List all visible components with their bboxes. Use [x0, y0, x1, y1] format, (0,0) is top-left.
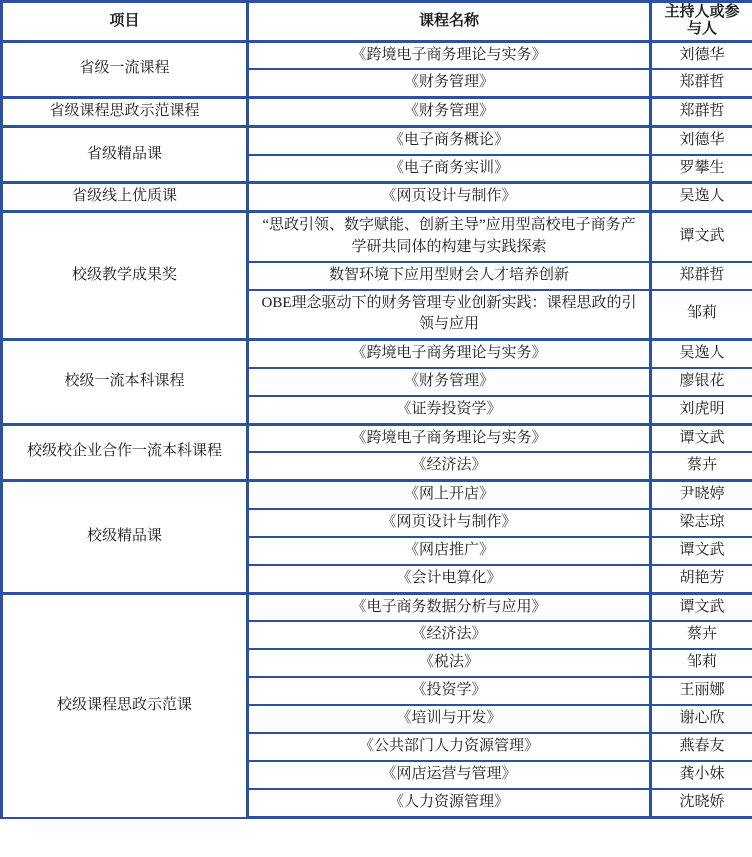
course-cell: 《网上开店》 [248, 481, 651, 509]
person-cell: 尹晓婷 [651, 481, 752, 509]
header-project: 项目 [2, 2, 248, 42]
person-cell: 谭文武 [651, 593, 752, 621]
document-page: 项目 课程名称 主持人或参 与人 省级一流课程《跨境电子商务理论与实务》刘德华《… [0, 0, 752, 857]
course-cell: 《电子商务概论》 [248, 126, 651, 154]
person-cell: 龚小妹 [651, 761, 752, 789]
table-row: 省级线上优质课《网页设计与制作》吴逸人 [2, 183, 752, 212]
person-cell: 吴逸人 [651, 340, 752, 368]
header-course-name: 课程名称 [248, 2, 651, 42]
course-cell: 《经济法》 [248, 452, 651, 480]
person-cell: 吴逸人 [651, 183, 752, 212]
course-cell: 《税法》 [248, 649, 651, 677]
table-row: 校级校企业合作一流本科课程《跨境电子商务理论与实务》谭文武 [2, 424, 752, 452]
course-cell: OBE理念驱动下的财务管理专业创新实践：课程思政的引领与应用 [248, 290, 651, 340]
person-cell: 谭文武 [651, 424, 752, 452]
person-cell: 罗攀生 [651, 155, 752, 183]
course-cell: 《人力资源管理》 [248, 789, 651, 817]
project-cell: 校级教学成果奖 [2, 212, 248, 340]
table-row: 省级一流课程《跨境电子商务理论与实务》刘德华 [2, 41, 752, 69]
table-header-row: 项目 课程名称 主持人或参 与人 [2, 2, 752, 42]
course-cell: 《跨境电子商务理论与实务》 [248, 41, 651, 69]
person-cell: 刘虎明 [651, 396, 752, 424]
table-row: 省级课程思政示范课程《财务管理》郑群哲 [2, 98, 752, 127]
person-cell: 邹莉 [651, 290, 752, 340]
project-cell: 省级一流课程 [2, 41, 248, 98]
project-cell: 省级课程思政示范课程 [2, 98, 248, 127]
person-cell: 王丽娜 [651, 677, 752, 705]
course-cell: 《网店运营与管理》 [248, 761, 651, 789]
course-cell: 《电子商务实训》 [248, 155, 651, 183]
table-row: 省级精品课《电子商务概论》刘德华 [2, 126, 752, 154]
course-cell: 《跨境电子商务理论与实务》 [248, 424, 651, 452]
table-row: 校级一流本科课程《跨境电子商务理论与实务》吴逸人 [2, 340, 752, 368]
person-cell: 刘德华 [651, 41, 752, 69]
person-cell: 蔡卉 [651, 621, 752, 649]
course-cell: 《公共部门人力资源管理》 [248, 733, 651, 761]
course-cell: 《跨境电子商务理论与实务》 [248, 340, 651, 368]
course-cell: 《投资学》 [248, 677, 651, 705]
person-cell: 郑群哲 [651, 98, 752, 127]
course-cell: 《财务管理》 [248, 368, 651, 396]
course-cell: 《网页设计与制作》 [248, 509, 651, 537]
person-cell: 郑群哲 [651, 69, 752, 97]
person-cell: 梁志琼 [651, 509, 752, 537]
project-cell: 校级课程思政示范课 [2, 593, 248, 818]
course-cell: 《会计电算化》 [248, 565, 651, 593]
course-cell: 《财务管理》 [248, 69, 651, 97]
table-body: 省级一流课程《跨境电子商务理论与实务》刘德华《财务管理》郑群哲省级课程思政示范课… [2, 41, 752, 818]
table-row: 校级课程思政示范课《电子商务数据分析与应用》谭文武 [2, 593, 752, 621]
person-cell: 燕春友 [651, 733, 752, 761]
project-cell: 校级校企业合作一流本科课程 [2, 424, 248, 481]
course-cell: 《电子商务数据分析与应用》 [248, 593, 651, 621]
course-cell: “思政引领、数字赋能、创新主导”应用型高校电子商务产学研共同体的构建与实践探索 [248, 212, 651, 262]
person-cell: 谭文武 [651, 212, 752, 262]
project-cell: 省级线上优质课 [2, 183, 248, 212]
table-row: 校级教学成果奖“思政引领、数字赋能、创新主导”应用型高校电子商务产学研共同体的构… [2, 212, 752, 262]
header-host-participant: 主持人或参 与人 [651, 2, 752, 42]
person-cell: 郑群哲 [651, 262, 752, 290]
person-cell: 蔡卉 [651, 452, 752, 480]
person-cell: 谭文武 [651, 537, 752, 565]
course-cell: 《培训与开发》 [248, 705, 651, 733]
project-cell: 省级精品课 [2, 126, 248, 183]
person-cell: 刘德华 [651, 126, 752, 154]
course-cell: 《网店推广》 [248, 537, 651, 565]
course-cell: 《网页设计与制作》 [248, 183, 651, 212]
person-cell: 邹莉 [651, 649, 752, 677]
course-cell: 《经济法》 [248, 621, 651, 649]
person-cell: 沈晓娇 [651, 789, 752, 817]
table-row: 校级精品课《网上开店》尹晓婷 [2, 481, 752, 509]
course-cell: 数智环境下应用型财会人才培养创新 [248, 262, 651, 290]
courses-table: 项目 课程名称 主持人或参 与人 省级一流课程《跨境电子商务理论与实务》刘德华《… [0, 0, 752, 819]
person-cell: 胡艳芳 [651, 565, 752, 593]
course-cell: 《财务管理》 [248, 98, 651, 127]
person-cell: 谢心欣 [651, 705, 752, 733]
project-cell: 校级精品课 [2, 481, 248, 594]
project-cell: 校级一流本科课程 [2, 340, 248, 425]
person-cell: 廖银花 [651, 368, 752, 396]
course-cell: 《证券投资学》 [248, 396, 651, 424]
